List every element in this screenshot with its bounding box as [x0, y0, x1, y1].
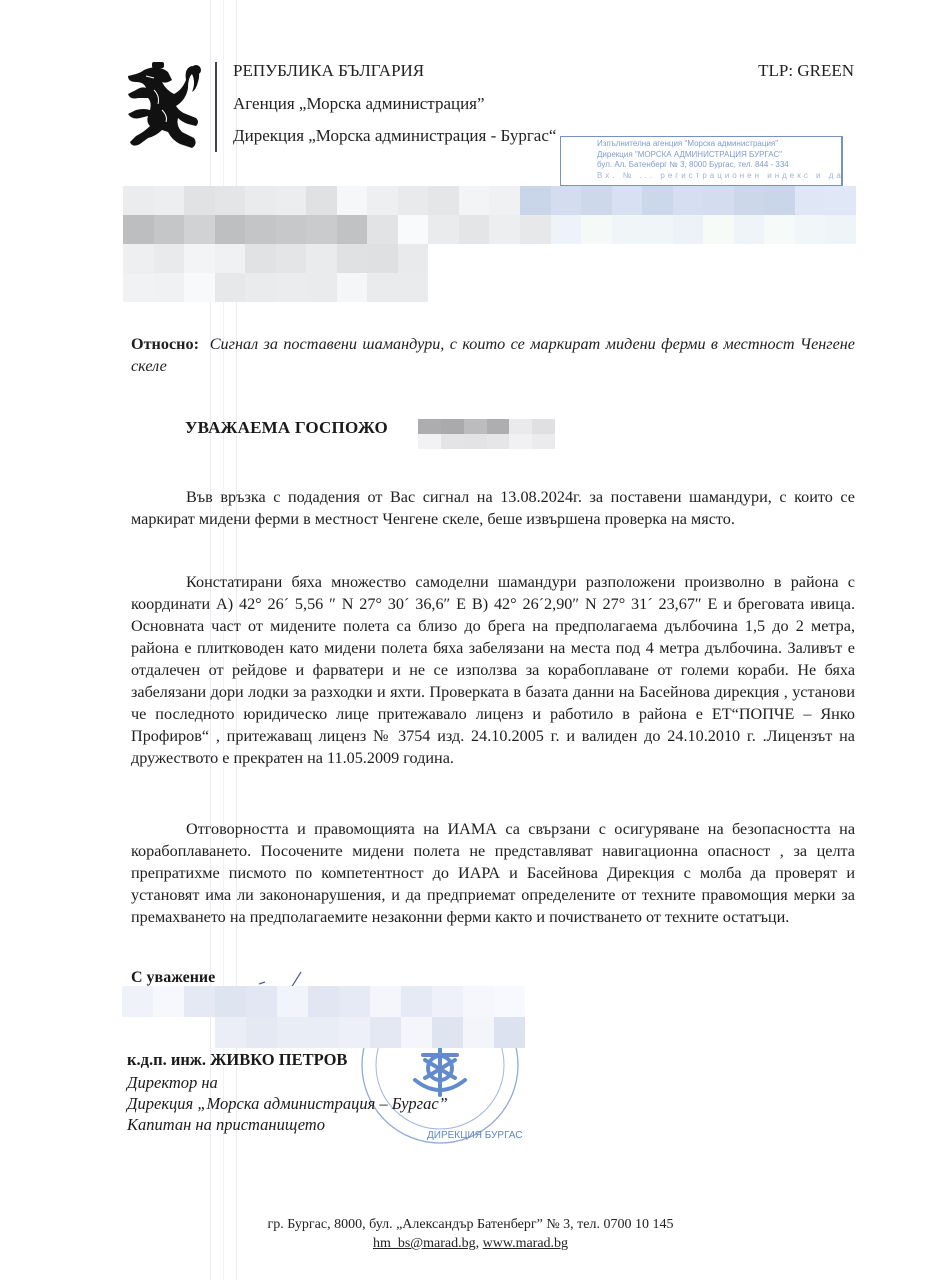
header-directorate: Дирекция „Морска администрация - Бургас“	[233, 126, 556, 146]
header-country: РЕПУБЛИКА БЪЛГАРИЯ	[233, 61, 424, 81]
footer-email-link[interactable]: hm_bs@marad.bg	[373, 1236, 476, 1251]
header-divider	[215, 62, 217, 152]
signatory-name: к.д.п. инж. ЖИВКО ПЕТРОВ	[127, 1050, 347, 1070]
body-paragraph-2: Констатирани бяха множество самоделни ша…	[131, 571, 855, 769]
body-paragraph-3: Отговорността и правомощията на ИАМА са …	[131, 818, 855, 928]
body-paragraph-1: Във връзка с подадения от Вас сигнал на …	[131, 486, 855, 530]
signatory-title-line-1: Директор на	[127, 1073, 218, 1093]
signatory-title-line-3: Капитан на пристанището	[127, 1115, 325, 1135]
redacted-signature	[122, 986, 525, 1048]
closing: С уважение	[131, 969, 215, 987]
seal-text: ДИРЕКЦИЯ БУРГАС	[427, 1130, 522, 1141]
paragraph-text: Във връзка с подадения от Вас сигнал на …	[131, 486, 855, 530]
header-agency: Агенция „Морска администрация”	[233, 94, 485, 114]
footer-website-link[interactable]: www.marad.bg	[483, 1236, 568, 1251]
signatory-title-line-2: Дирекция „Морска администрация – Бургас”	[127, 1094, 448, 1114]
tlp-classification: TLP: GREEN	[758, 61, 854, 81]
stamp-line: Дирекция "МОРСКА АДМИНИСТРАЦИЯ БУРГАС"	[597, 150, 841, 161]
salutation: УВАЖАЕМА ГОСПОЖО	[185, 418, 388, 438]
stamp-line: Изпълнителна агенция "Морска администрац…	[597, 139, 841, 150]
subject-text: Сигнал за поставени шамандури, с които с…	[131, 335, 855, 375]
redacted-recipient-address	[123, 186, 856, 302]
footer-separator: ,	[476, 1236, 483, 1251]
paragraph-text: Отговорността и правомощията на ИАМА са …	[131, 818, 855, 928]
subject-label: Относно:	[131, 335, 199, 353]
stamp-line: Вх. № ... регистрационен индекс и дата	[597, 171, 841, 182]
registry-stamp: Изпълнителна агенция "Морска администрац…	[560, 136, 843, 186]
footer-address: гр. Бургас, 8000, бул. „Александър Батен…	[0, 1217, 941, 1233]
subject-line: Относно: Сигнал за поставени шамандури, …	[131, 333, 855, 377]
stamp-line: бул. Ал. Батенберг № 3, 8000 Бургас, тел…	[597, 160, 841, 171]
paragraph-text: Констатирани бяха множество самоделни ша…	[131, 571, 855, 769]
salutation-text: УВАЖАЕМА ГОСПОЖО	[185, 418, 388, 437]
footer-contacts: hm_bs@marad.bg, www.marad.bg	[0, 1236, 941, 1252]
redacted-recipient-name	[418, 419, 555, 449]
bulgarian-lion-coat-of-arms-icon	[122, 60, 206, 152]
